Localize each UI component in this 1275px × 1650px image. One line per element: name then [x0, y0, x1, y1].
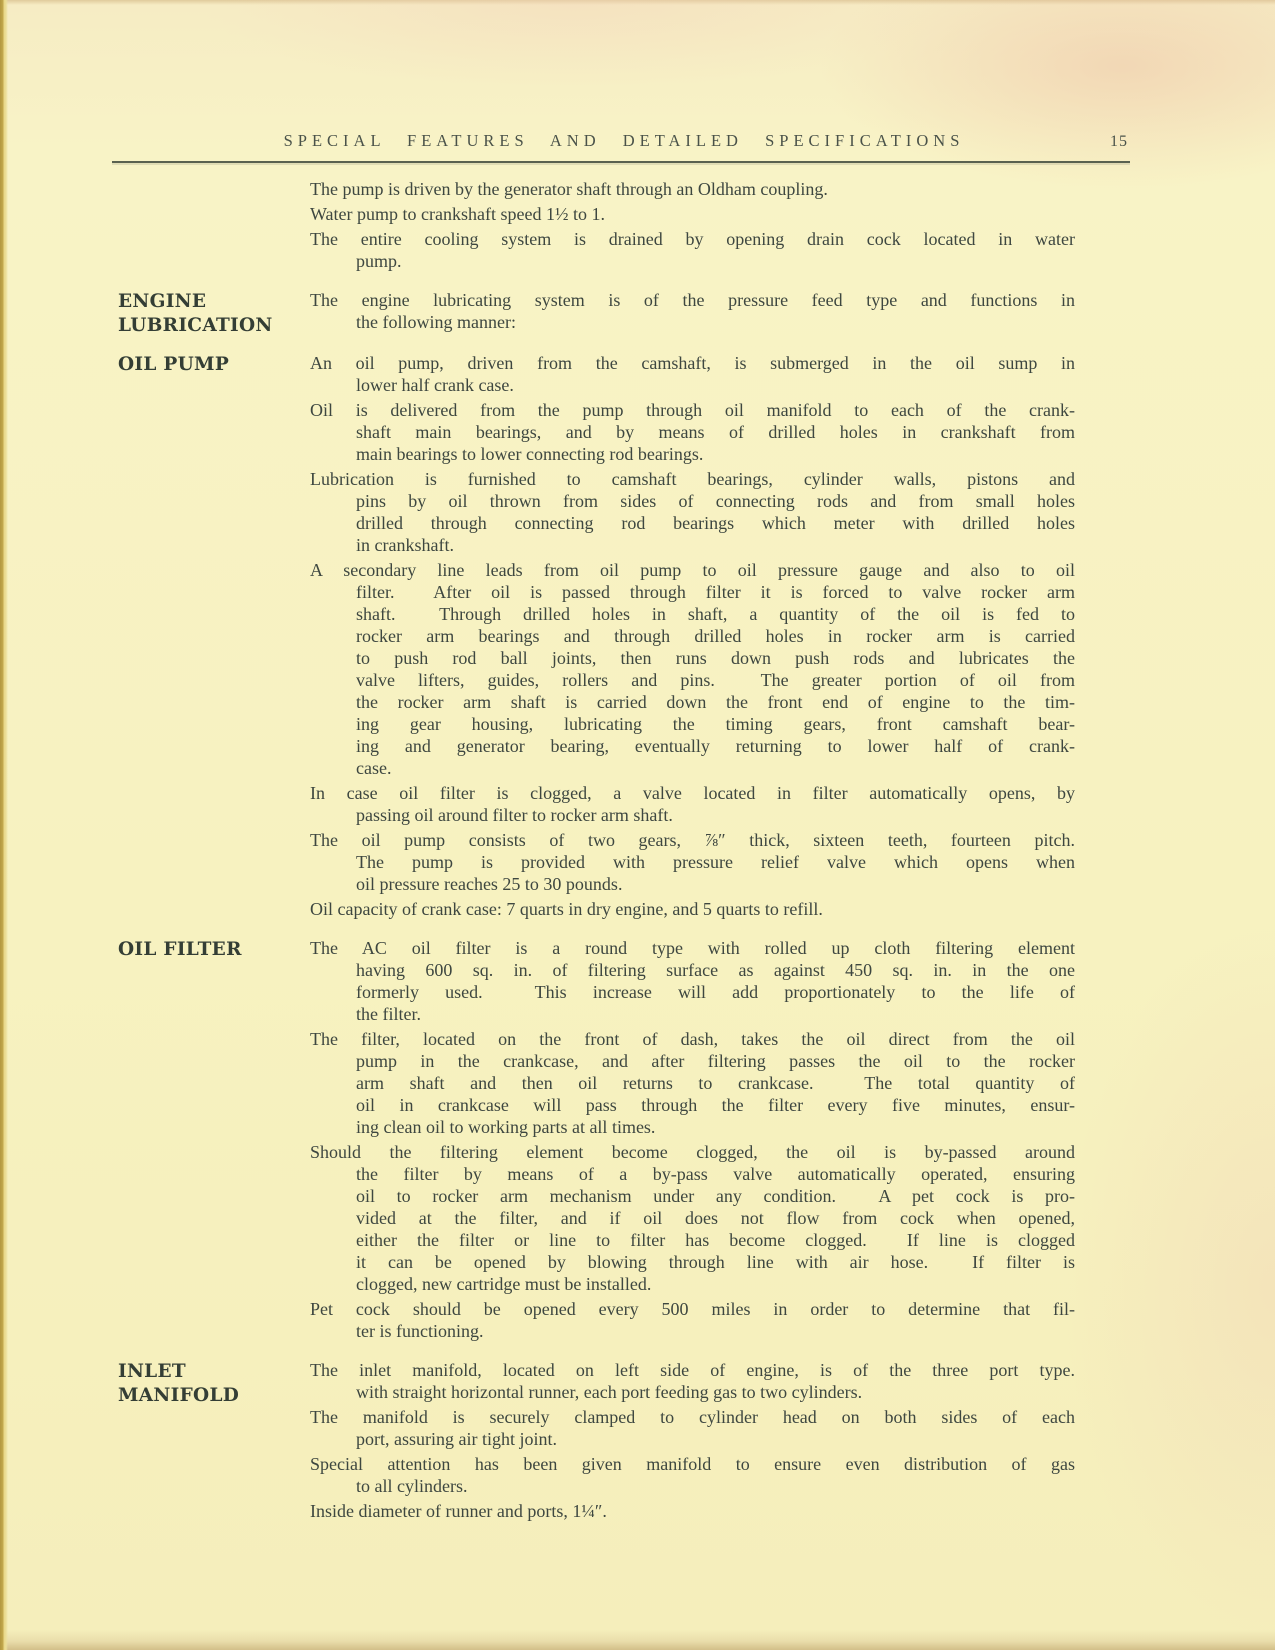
page-left-edge: [0, 0, 8, 1650]
text-line: in crankshaft.: [356, 534, 1075, 556]
section-oil pump: OIL PUMPAn oil pump, driven from the cam…: [118, 352, 1075, 923]
text-line: formerly used. This increase will add pr…: [356, 981, 1075, 1003]
text-line: it can be opened by blowing through line…: [356, 1251, 1075, 1273]
section-body: An oil pump, driven from the camshaft, i…: [310, 352, 1075, 923]
paragraph: The engine lubricating system is of the …: [310, 289, 1075, 333]
text-line: the filter by means of a by-pass valve a…: [356, 1163, 1075, 1185]
section-inlet-manifold: INLETMANIFOLDThe inlet manifold, located…: [118, 1359, 1075, 1525]
text-line: The oil pump consists of two gears, ⅞″ t…: [310, 829, 1075, 851]
section-label-line: OIL FILTER: [118, 938, 310, 962]
text-line: the following manner:: [356, 311, 1075, 333]
text-line: drilled through connecting rod bearings …: [356, 512, 1075, 534]
paragraph: Pet cock should be opened every 500 mile…: [310, 1298, 1075, 1342]
section-label: ENGINELUBRICATION: [118, 289, 310, 338]
section-label: OIL FILTER: [118, 937, 310, 1345]
text-line: The entire cooling system is drained by …: [310, 228, 1075, 250]
text-line: The filter, located on the front of dash…: [310, 1028, 1075, 1050]
text-line: The engine lubricating system is of the …: [310, 289, 1075, 311]
text-line: ing gear housing, lubricating the timing…: [356, 713, 1075, 735]
text-line: Inside diameter of runner and ports, 1¼″…: [310, 1500, 1075, 1522]
section-label: OIL PUMP: [118, 352, 310, 923]
text-line: arm shaft and then oil returns to crankc…: [356, 1072, 1075, 1094]
text-line: passing oil around filter to rocker arm …: [356, 804, 1075, 826]
text-line: ing and generator bearing, eventually re…: [356, 735, 1075, 757]
text-line: A secondary line leads from oil pump to …: [310, 559, 1075, 581]
text-line: pins by oil thrown from sides of connect…: [356, 490, 1075, 512]
section-intro: The pump is driven by the generator shaf…: [118, 178, 1075, 275]
paragraph: The manifold is securely clamped to cyli…: [310, 1406, 1075, 1450]
text-line: to all cylinders.: [356, 1475, 1075, 1497]
text-line: with straight horizontal runner, each po…: [356, 1381, 1075, 1403]
text-line: to push rod ball joints, then runs down …: [356, 647, 1075, 669]
section-label-line: INLET: [118, 1360, 310, 1384]
paragraph: An oil pump, driven from the camshaft, i…: [310, 352, 1075, 396]
text-line: pump.: [356, 250, 1075, 272]
text-line: the filter.: [356, 1003, 1075, 1025]
page-number: 15: [1110, 131, 1128, 153]
section-engine-lubrication: ENGINELUBRICATIONThe engine lubricating …: [118, 289, 1075, 338]
section-body: The AC oil filter is a round type with r…: [310, 937, 1075, 1345]
text-line: The pump is provided with pressure relie…: [356, 851, 1075, 873]
paragraph: Oil capacity of crank case: 7 quarts in …: [310, 898, 1075, 920]
text-line: vided at the filter, and if oil does not…: [356, 1207, 1075, 1229]
paragraph: Should the filtering element become clog…: [310, 1141, 1075, 1295]
text-line: main bearings to lower connecting rod be…: [356, 443, 1075, 465]
text-line: Oil capacity of crank case: 7 quarts in …: [310, 898, 1075, 920]
section-body: The pump is driven by the generator shaf…: [310, 178, 1075, 275]
text-line: port, assuring air tight joint.: [356, 1428, 1075, 1450]
section-body: The engine lubricating system is of the …: [310, 289, 1075, 338]
text-line: The AC oil filter is a round type with r…: [310, 937, 1075, 959]
text-line: Water pump to crankshaft speed 1½ to 1.: [310, 203, 1075, 225]
text-line: The manifold is securely clamped to cyli…: [310, 1406, 1075, 1428]
text-line: shaft. Through drilled holes in shaft, a…: [356, 603, 1075, 625]
paragraph: A secondary line leads from oil pump to …: [310, 559, 1075, 779]
text-line: Should the filtering element become clog…: [310, 1141, 1075, 1163]
text-line: lower half crank case.: [356, 374, 1075, 396]
text-line: valve lifters, guides, rollers and pins.…: [356, 669, 1075, 691]
text-line: clogged, new cartridge must be installed…: [356, 1273, 1075, 1295]
section-label-line: MANIFOLD: [118, 1384, 310, 1408]
text-line: filter. After oil is passed through filt…: [356, 581, 1075, 603]
text-line: The inlet manifold, located on left side…: [310, 1359, 1075, 1381]
paragraph: The entire cooling system is drained by …: [310, 228, 1075, 272]
paragraph: The pump is driven by the generator shaf…: [310, 178, 1075, 200]
text-line: oil to rocker arm mechanism under any co…: [356, 1185, 1075, 1207]
paragraph: The oil pump consists of two gears, ⅞″ t…: [310, 829, 1075, 895]
text-line: oil pressure reaches 25 to 30 pounds.: [356, 873, 1075, 895]
paragraph: Lubrication is furnished to camshaft bea…: [310, 468, 1075, 556]
header-rule: [112, 161, 1130, 163]
text-line: ing clean oil to working parts at all ti…: [356, 1116, 1075, 1138]
text-line: rocker arm bearings and through drilled …: [356, 625, 1075, 647]
section-body: The inlet manifold, located on left side…: [310, 1359, 1075, 1525]
text-line: An oil pump, driven from the camshaft, i…: [310, 352, 1075, 374]
text-line: Special attention has been given manifol…: [310, 1453, 1075, 1475]
paragraph: Oil is delivered from the pump through o…: [310, 399, 1075, 465]
text-line: In case oil filter is clogged, a valve l…: [310, 782, 1075, 804]
text-line: the rocker arm shaft is carried down the…: [356, 691, 1075, 713]
content: The pump is driven by the generator shaf…: [118, 178, 1075, 1539]
paragraph: Special attention has been given manifol…: [310, 1453, 1075, 1497]
text-line: either the filter or line to filter has …: [356, 1229, 1075, 1251]
section-label-line: OIL PUMP: [118, 353, 310, 377]
section-label-line: LUBRICATION: [118, 314, 310, 338]
page-header-title: SPECIAL FEATURES AND DETAILED SPECIFICAT…: [118, 130, 1130, 152]
text-line: case.: [356, 757, 1075, 779]
text-line: ter is functioning.: [356, 1320, 1075, 1342]
section-label: [118, 178, 310, 275]
paragraph: Water pump to crankshaft speed 1½ to 1.: [310, 203, 1075, 225]
page-header: SPECIAL FEATURES AND DETAILED SPECIFICAT…: [118, 130, 1130, 152]
text-line: The pump is driven by the generator shaf…: [310, 178, 1075, 200]
text-line: Lubrication is furnished to camshaft bea…: [310, 468, 1075, 490]
section-label-line: ENGINE: [118, 290, 310, 314]
text-line: Pet cock should be opened every 500 mile…: [310, 1298, 1075, 1320]
text-line: Oil is delivered from the pump through o…: [310, 399, 1075, 421]
section-label: INLETMANIFOLD: [118, 1359, 310, 1525]
text-line: pump in the crankcase, and after filteri…: [356, 1050, 1075, 1072]
text-line: shaft main bearings, and by means of dri…: [356, 421, 1075, 443]
paragraph: Inside diameter of runner and ports, 1¼″…: [310, 1500, 1075, 1522]
paragraph: The inlet manifold, located on left side…: [310, 1359, 1075, 1403]
section-oil filter: OIL FILTERThe AC oil filter is a round t…: [118, 937, 1075, 1345]
paragraph: The filter, located on the front of dash…: [310, 1028, 1075, 1138]
paragraph: In case oil filter is clogged, a valve l…: [310, 782, 1075, 826]
manual-page: SPECIAL FEATURES AND DETAILED SPECIFICAT…: [0, 0, 1275, 1650]
text-line: oil in crankcase will pass through the f…: [356, 1094, 1075, 1116]
text-line: having 600 sq. in. of filtering surface …: [356, 959, 1075, 981]
paragraph: The AC oil filter is a round type with r…: [310, 937, 1075, 1025]
